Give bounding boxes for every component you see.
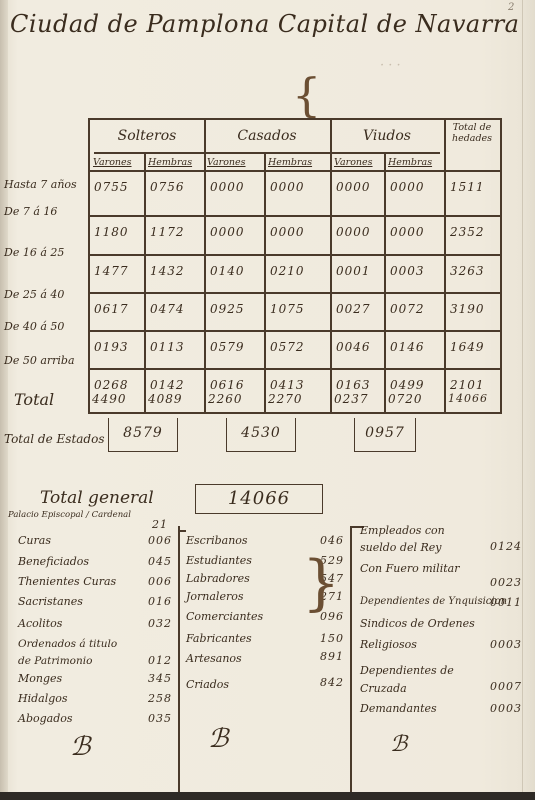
total-estados-label: Total de Estados bbox=[4, 432, 104, 446]
subheader-varones: Varones bbox=[93, 157, 132, 168]
table-cell: 0210 bbox=[270, 264, 305, 278]
table-cell: 0027 bbox=[336, 302, 371, 316]
profession-label: Criados bbox=[186, 678, 229, 691]
profession-label: Jornaleros bbox=[186, 590, 244, 603]
table-cell: 0755 bbox=[94, 180, 129, 194]
table-cell: 0579 bbox=[210, 340, 245, 354]
table-cell: 0193 bbox=[94, 340, 129, 354]
table-cell: 0572 bbox=[270, 340, 305, 354]
profession-value: 045 bbox=[100, 555, 172, 568]
profession-label: Estudiantes bbox=[186, 554, 252, 567]
table-cell: 1180 bbox=[94, 225, 129, 239]
ink-brace-mark: } bbox=[302, 548, 340, 618]
profession-label: Con Fuero militar bbox=[360, 560, 470, 577]
page-binding-edge bbox=[0, 0, 8, 800]
profession-label: Abogados bbox=[18, 712, 73, 725]
group-header-casados: Casados bbox=[204, 128, 330, 144]
bleed-through-text: · · · bbox=[380, 58, 401, 73]
ink-brace-mark: { bbox=[292, 68, 321, 122]
group-header-solteros: Solteros bbox=[90, 128, 204, 144]
sub-divider bbox=[384, 154, 386, 412]
profession-label: Beneficiados bbox=[18, 555, 89, 568]
table-cell-total-row: 2260 bbox=[208, 392, 243, 406]
table-cell: 0140 bbox=[210, 264, 245, 278]
table-cell: 0000 bbox=[390, 225, 425, 239]
table-cell: 0499 bbox=[390, 378, 425, 392]
profession-label: Religiosos bbox=[360, 638, 417, 651]
table-cell: 0268 bbox=[94, 378, 129, 392]
table-cell: 1477 bbox=[94, 264, 129, 278]
table-cell: 0000 bbox=[210, 225, 245, 239]
subheader-varones: Varones bbox=[207, 157, 246, 168]
table-cell: 0474 bbox=[150, 302, 185, 316]
table-cell: 0146 bbox=[390, 340, 425, 354]
profession-value: 032 bbox=[100, 617, 172, 630]
profession-value: 842 bbox=[280, 676, 344, 689]
profession-label: Fabricantes bbox=[186, 632, 252, 645]
profession-label: Sindicos de Ordenes bbox=[360, 617, 475, 630]
table-cell: 1172 bbox=[150, 225, 185, 239]
census-table: Solteros Casados Viudos Total de hedades… bbox=[88, 118, 502, 414]
profession-value: 006 bbox=[100, 534, 172, 547]
table-cell: 1432 bbox=[150, 264, 185, 278]
table-cell: 0616 bbox=[210, 378, 245, 392]
profession-value: 0023 bbox=[460, 576, 522, 589]
row-label: De 40 á 50 bbox=[4, 320, 64, 333]
table-cell-total-row: 4490 bbox=[92, 392, 127, 406]
row-label: Hasta 7 años bbox=[4, 178, 77, 191]
profession-value: 0003 bbox=[460, 702, 522, 715]
scan-edge bbox=[0, 792, 535, 800]
table-cell-total: 2352 bbox=[450, 225, 485, 239]
row-label-total: Total bbox=[14, 390, 54, 409]
profession-value: 012 bbox=[100, 654, 172, 667]
column-divider bbox=[178, 526, 180, 800]
grand-total-cell: 14066 bbox=[448, 392, 488, 405]
profession-label: Curas bbox=[18, 534, 51, 547]
table-cell: 0617 bbox=[94, 302, 129, 316]
profession-label: Acolitos bbox=[18, 617, 62, 630]
subheader-hembras: Hembras bbox=[148, 157, 192, 168]
row-rule bbox=[90, 292, 500, 294]
subheader-hembras: Hembras bbox=[268, 157, 312, 168]
profession-label: Dependientes de Cruzada bbox=[360, 662, 470, 698]
row-rule bbox=[90, 330, 500, 332]
estado-total-casados: 4530 bbox=[226, 418, 296, 452]
manuscript-page: 2 Ciudad de Pamplona Capital de Navarra … bbox=[0, 0, 535, 800]
table-cell: 0001 bbox=[336, 264, 371, 278]
table-cell: 0163 bbox=[336, 378, 371, 392]
profession-value: 035 bbox=[100, 712, 172, 725]
table-cell-total: 1649 bbox=[450, 340, 485, 354]
sub-divider bbox=[144, 154, 146, 412]
table-cell: 0072 bbox=[390, 302, 425, 316]
margin-rule bbox=[522, 0, 523, 800]
subheader-hembras: Hembras bbox=[388, 157, 432, 168]
subheader-varones: Varones bbox=[334, 157, 373, 168]
table-cell: 1075 bbox=[270, 302, 305, 316]
table-cell: 0000 bbox=[270, 180, 305, 194]
table-cell: 0756 bbox=[150, 180, 185, 194]
table-cell: 0000 bbox=[270, 225, 305, 239]
column-tick bbox=[178, 530, 186, 532]
table-cell: 0142 bbox=[150, 378, 185, 392]
table-cell: 0000 bbox=[390, 180, 425, 194]
total-general-label: Total general bbox=[40, 488, 154, 508]
rubric-signature-icon: ℬ bbox=[390, 732, 407, 757]
profession-value: 0007 bbox=[460, 680, 522, 693]
total-general-value: 14066 bbox=[195, 484, 323, 514]
row-rule bbox=[90, 254, 500, 256]
profession-label: Hidalgos bbox=[18, 692, 68, 705]
row-label: De 25 á 40 bbox=[4, 288, 64, 301]
row-rule bbox=[90, 215, 500, 217]
header-rule bbox=[90, 170, 500, 172]
table-cell-total-row: 2270 bbox=[268, 392, 303, 406]
table-cell-total: 3263 bbox=[450, 264, 485, 278]
profession-label: Comerciantes bbox=[186, 610, 263, 623]
profession-value: 150 bbox=[280, 632, 344, 645]
row-label: De 7 á 16 bbox=[4, 205, 57, 218]
profession-value: 345 bbox=[100, 672, 172, 685]
estado-total-solteros: 8579 bbox=[108, 418, 178, 452]
row-rule bbox=[90, 368, 500, 370]
profession-value: 046 bbox=[280, 534, 344, 547]
column-divider bbox=[350, 526, 352, 800]
table-cell-total-row: 4089 bbox=[148, 392, 183, 406]
sub-divider bbox=[264, 154, 266, 412]
table-cell: 0113 bbox=[150, 340, 185, 354]
profession-value: 0003 bbox=[460, 638, 522, 651]
profession-value: 21 bbox=[100, 518, 168, 531]
profession-value: 0011 bbox=[460, 596, 522, 609]
profession-label: Demandantes bbox=[360, 702, 437, 715]
profession-value: 891 bbox=[280, 650, 344, 663]
profession-value: 258 bbox=[100, 692, 172, 705]
profession-value: 016 bbox=[100, 595, 172, 608]
row-label: De 50 arriba bbox=[4, 354, 75, 367]
rubric-signature-icon: ℬ bbox=[208, 724, 228, 754]
table-cell-total-row: 0720 bbox=[388, 392, 423, 406]
table-cell: 0925 bbox=[210, 302, 245, 316]
profession-label: Monges bbox=[18, 672, 62, 685]
profession-label: Artesanos bbox=[186, 652, 242, 665]
profession-label: Escribanos bbox=[186, 534, 248, 547]
page-title: Ciudad de Pamplona Capital de Navarra bbox=[10, 10, 519, 38]
rubric-signature-icon: ℬ bbox=[70, 732, 90, 762]
profession-value: 006 bbox=[100, 575, 172, 588]
table-cell: 0413 bbox=[270, 378, 305, 392]
total-header: Total de hedades bbox=[446, 122, 498, 144]
estado-total-viudos: 0957 bbox=[354, 418, 416, 452]
table-cell-total-row: 0237 bbox=[334, 392, 369, 406]
table-cell: 0000 bbox=[210, 180, 245, 194]
profession-label: Sacristanes bbox=[18, 595, 83, 608]
table-cell-total: 2101 bbox=[450, 378, 485, 392]
table-cell: 0046 bbox=[336, 340, 371, 354]
profession-value: 0124 bbox=[460, 540, 522, 553]
table-cell: 0000 bbox=[336, 180, 371, 194]
group-underline bbox=[94, 152, 440, 154]
table-cell-total: 1511 bbox=[450, 180, 485, 194]
table-cell: 0003 bbox=[390, 264, 425, 278]
table-cell: 0000 bbox=[336, 225, 371, 239]
row-label: De 16 á 25 bbox=[4, 246, 64, 259]
group-header-viudos: Viudos bbox=[330, 128, 444, 144]
profession-label: Empleados con sueldo del Rey bbox=[360, 522, 470, 556]
table-cell-total: 3190 bbox=[450, 302, 485, 316]
profession-label: Labradores bbox=[186, 572, 250, 585]
